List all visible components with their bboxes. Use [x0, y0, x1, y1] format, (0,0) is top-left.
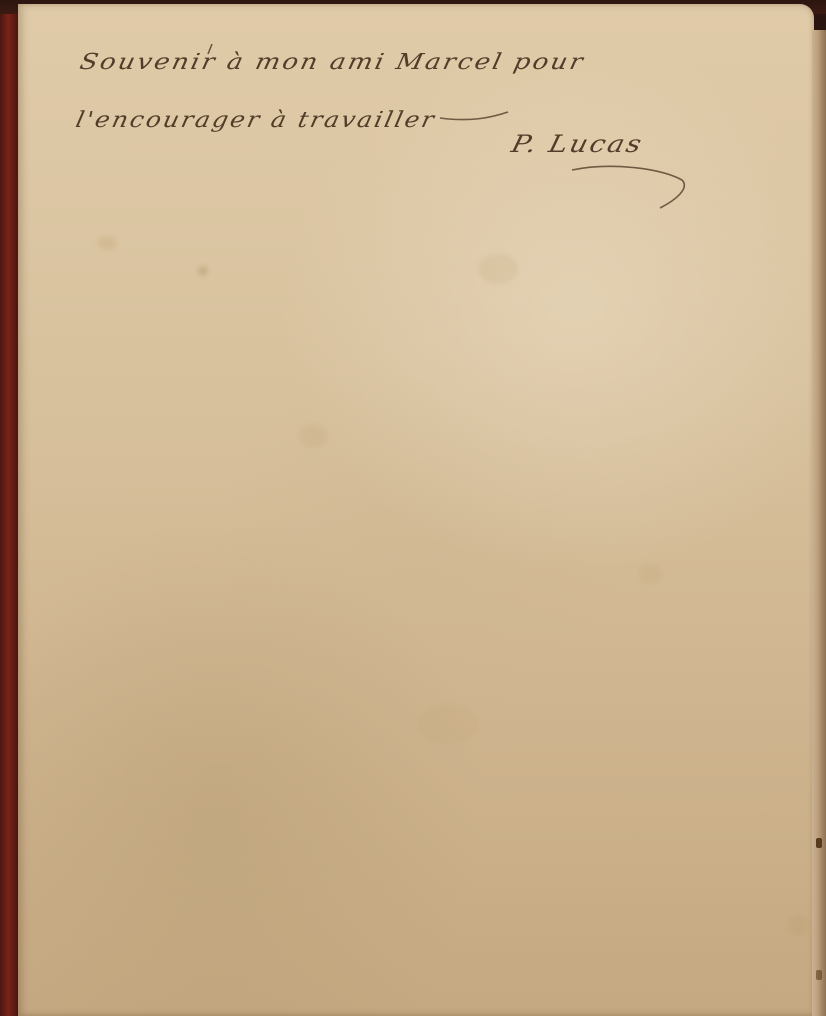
flyleaf-page: Souvenir à mon ami Marcel pour l'encoura…: [18, 4, 814, 1016]
foxing-spot: [298, 424, 328, 448]
page-fore-edge: [812, 30, 826, 1016]
inscription-line-1: Souvenir à mon ami Marcel pour: [77, 50, 587, 75]
book-photo: Souvenir à mon ami Marcel pour l'encoura…: [0, 0, 826, 1016]
foxing-spot: [418, 704, 478, 744]
foxing-spot: [198, 266, 208, 276]
signature: P. Lucas: [509, 130, 647, 158]
foxing-spot: [98, 236, 116, 250]
edge-mark: [816, 838, 822, 848]
inscription-line-2: l'encourager à travailler: [73, 108, 438, 133]
foxing-spot: [478, 254, 518, 284]
foxing-spot: [788, 914, 810, 936]
edge-mark: [816, 970, 822, 980]
book-binding-edge: [0, 0, 20, 1016]
foxing-spot: [638, 564, 662, 584]
